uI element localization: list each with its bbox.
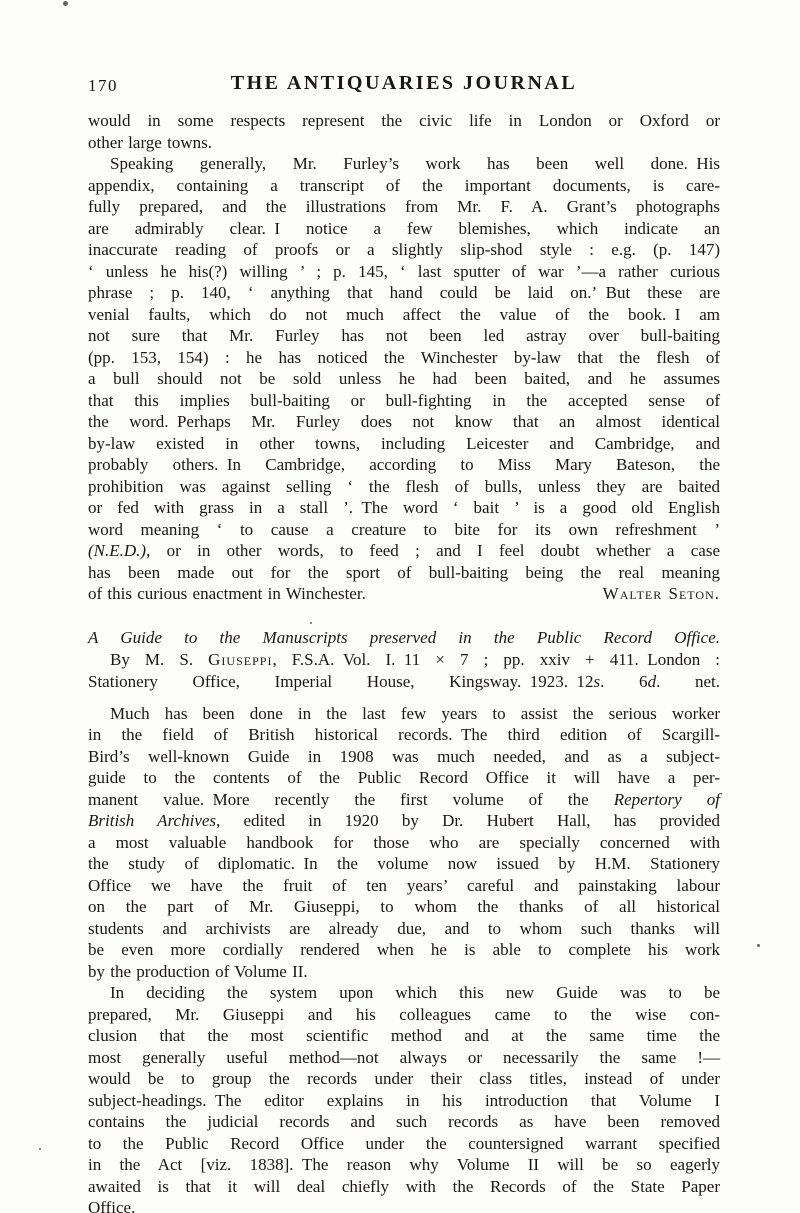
text-line: Speaking generally, Mr. Furley’s work ha… (88, 153, 720, 175)
text-line: awaited is that it will deal chiefly wit… (88, 1176, 720, 1198)
text-line: the study of diplomatic. In the volume n… (88, 853, 720, 875)
text-line: would in some respects represent the civ… (88, 110, 720, 132)
text-segment: prohibition was against selling ‘ the fl… (88, 477, 720, 496)
text-line: the word. Perhaps Mr. Furley does not kn… (88, 411, 720, 433)
text-line: of this curious enactment in Winchester.… (88, 583, 720, 605)
text-segment: Much has been done in the last few years… (110, 704, 720, 723)
page-header: 170 THE ANTIQUARIES JOURNAL (88, 72, 720, 100)
text-line: phrase ; p. 140, ‘ anything that hand co… (88, 282, 720, 304)
text-segment: venial faults, which do not much affect … (88, 305, 720, 324)
italic-text: Repertory of (614, 790, 720, 809)
text-segment: the study of diplomatic. In the volume n… (88, 854, 720, 873)
text-segment: that this implies bull-baiting or bull-f… (88, 391, 720, 410)
scan-speck (63, 1, 68, 6)
text-line: By M. S. Giuseppi, F.S.A. Vol. I. 11 × 7… (88, 649, 720, 671)
text-segment: Stationery Office, Imperial House, Kings… (88, 672, 594, 691)
text-line: not sure that Mr. Furley has not been le… (88, 325, 720, 347)
text-line: Bird’s well-known Guide in 1908 was much… (88, 746, 720, 768)
text-segment: contains the judicial records and such r… (88, 1112, 720, 1131)
text-segment: clusion that the most scientific method … (88, 1026, 720, 1045)
paragraph-continuation: would in some respects represent the civ… (88, 110, 720, 153)
scan-speck (757, 944, 760, 947)
text-segment: in the Act [viz. 1838]. The reason why V… (88, 1155, 720, 1174)
text-line: most generally useful method—not always … (88, 1047, 720, 1069)
text-segment: by-law existed in other towns, including… (88, 434, 720, 453)
text-line: probably others. In Cambridge, according… (88, 454, 720, 476)
text-segment: , F.S.A. Vol. I. 11 × 7 ; pp. xxiv + 411… (272, 650, 720, 669)
text-line: (pp. 153, 154) : he has noticed the Winc… (88, 347, 720, 369)
text-segment: would in some respects represent the civ… (88, 111, 720, 130)
text-segment: By M. S. (110, 650, 208, 669)
text-segment: a bull should not be sold unless he had … (88, 369, 720, 388)
text-segment: of this curious enactment in Winchester. (88, 584, 366, 603)
text-line: In deciding the system upon which this n… (88, 982, 720, 1004)
text-segment: to the Public Record Office under the co… (88, 1134, 720, 1153)
text-segment: students and archivists are already due,… (88, 919, 720, 938)
journal-page-scan: 170 THE ANTIQUARIES JOURNAL would in som… (0, 0, 800, 1213)
scan-speck (310, 622, 312, 624)
text-segment: Speaking generally, Mr. Furley’s work ha… (110, 154, 720, 173)
text-line: subject-headings. The editor explains in… (88, 1090, 720, 1112)
text-line: prohibition was against selling ‘ the fl… (88, 476, 720, 498)
text-line: prepared, Mr. Giuseppi and his colleague… (88, 1004, 720, 1026)
text-segment: in the field of British historical recor… (88, 725, 720, 744)
text-segment: has been made out for the sport of bull-… (88, 563, 720, 582)
text-line: Office we have the fruit of ten years’ c… (88, 875, 720, 897)
text-line: venial faults, which do not much affect … (88, 304, 720, 326)
text-segment: be even more cordially rendered when he … (88, 940, 720, 959)
small-caps-text: Walter Seton. (603, 584, 720, 603)
text-segment: In deciding the system upon which this n… (110, 983, 720, 1002)
text-line: has been made out for the sport of bull-… (88, 562, 720, 584)
text-line: are admirably clear. I notice a few blem… (88, 218, 720, 240)
text-line: A Guide to the Manuscripts preserved in … (88, 627, 720, 649)
text-segment: not sure that Mr. Furley has not been le… (88, 326, 720, 345)
text-line: students and archivists are already due,… (88, 918, 720, 940)
text-line: to the Public Record Office under the co… (88, 1133, 720, 1155)
text-line: in the Act [viz. 1838]. The reason why V… (88, 1154, 720, 1176)
text-line: (N.E.D.), or in other words, to feed ; a… (88, 540, 720, 562)
page-number: 170 (88, 76, 118, 96)
text-segment: prepared, Mr. Giuseppi and his colleague… (88, 1005, 720, 1024)
text-line: manent value. More recently the first vo… (88, 789, 720, 811)
text-segment: appendix, containing a transcript of the… (88, 176, 720, 195)
text-line: Much has been done in the last few years… (88, 703, 720, 725)
text-segment: ‘ unless he his(?) willing ’ ; p. 145, ‘… (88, 262, 720, 281)
italic-text: d (648, 672, 657, 691)
text-segment: on the part of Mr. Giuseppi, to whom the… (88, 897, 720, 916)
small-caps-text: Giuseppi (208, 650, 272, 669)
text-segment: subject-headings. The editor explains in… (88, 1091, 720, 1110)
text-line: in the field of British historical recor… (88, 724, 720, 746)
text-segment: Bird’s well-known Guide in 1908 was much… (88, 747, 720, 766)
book-review-heading: A Guide to the Manuscripts preserved in … (88, 627, 720, 693)
text-segment: the word. Perhaps Mr. Furley does not kn… (88, 412, 720, 431)
text-line: or fed with grass in a stall ’. The word… (88, 497, 720, 519)
text-segment: other large towns. (88, 133, 212, 152)
paragraph-furley-review: Speaking generally, Mr. Furley’s work ha… (88, 153, 720, 605)
text-line: be even more cordially rendered when he … (88, 939, 720, 961)
text-segment: word meaning ‘ to cause a creature to bi… (88, 520, 720, 539)
paragraph-guide-review-2: In deciding the system upon which this n… (88, 982, 720, 1213)
text-segment: awaited is that it will deal chiefly wit… (88, 1177, 720, 1196)
text-line: contains the judicial records and such r… (88, 1111, 720, 1133)
text-line: British Archives, edited in 1920 by Dr. … (88, 810, 720, 832)
scan-speck (39, 1148, 41, 1150)
text-line: other large towns. (88, 132, 720, 154)
text-segment: inaccurate reading of proofs or a slight… (88, 240, 720, 259)
text-line: clusion that the most scientific method … (88, 1025, 720, 1047)
text-line: fully prepared, and the illustrations fr… (88, 196, 720, 218)
text-line: guide to the contents of the Public Reco… (88, 767, 720, 789)
text-segment: . net. (656, 672, 720, 691)
text-line: word meaning ‘ to cause a creature to bi… (88, 519, 720, 541)
text-segment: would be to group the records under thei… (88, 1069, 720, 1088)
text-segment: phrase ; p. 140, ‘ anything that hand co… (88, 283, 720, 302)
text-segment: Office. (88, 1198, 135, 1213)
text-line: that this implies bull-baiting or bull-f… (88, 390, 720, 412)
text-segment: are admirably clear. I notice a few blem… (88, 219, 720, 238)
text-line: would be to group the records under thei… (88, 1068, 720, 1090)
text-segment: or fed with grass in a stall ’. The word… (88, 498, 720, 517)
text-line: by-law existed in other towns, including… (88, 433, 720, 455)
text-segment: manent value. More recently the first vo… (88, 790, 614, 809)
italic-text: A Guide to the Manuscripts preserved in … (88, 628, 720, 647)
text-line: a most valuable handbook for those who a… (88, 832, 720, 854)
text-line: Office. (88, 1197, 720, 1213)
text-segment: by the production of Volume II. (88, 962, 308, 981)
italic-text: (N.E.D.) (88, 541, 146, 560)
text-line: Stationery Office, Imperial House, Kings… (88, 671, 720, 693)
text-line: inaccurate reading of proofs or a slight… (88, 239, 720, 261)
text-segment: guide to the contents of the Public Reco… (88, 768, 720, 787)
text-line: by the production of Volume II. (88, 961, 720, 983)
text-segment: most generally useful method—not always … (88, 1048, 720, 1067)
page-body: would in some respects represent the civ… (88, 110, 720, 1213)
text-segment: fully prepared, and the illustrations fr… (88, 197, 720, 216)
text-line: on the part of Mr. Giuseppi, to whom the… (88, 896, 720, 918)
italic-text: British Archives (88, 811, 216, 830)
text-segment: , edited in 1920 by Dr. Hubert Hall, has… (216, 811, 720, 830)
text-segment: , or in other words, to feed ; and I fee… (146, 541, 720, 560)
text-segment: . 6 (600, 672, 647, 691)
text-line: appendix, containing a transcript of the… (88, 175, 720, 197)
text-line: ‘ unless he his(?) willing ’ ; p. 145, ‘… (88, 261, 720, 283)
text-segment: a most valuable handbook for those who a… (88, 833, 720, 852)
text-segment: Office we have the fruit of ten years’ c… (88, 876, 720, 895)
text-line: a bull should not be sold unless he had … (88, 368, 720, 390)
text-segment: probably others. In Cambridge, according… (88, 455, 720, 474)
paragraph-guide-review-1: Much has been done in the last few years… (88, 703, 720, 983)
journal-title: THE ANTIQUARIES JOURNAL (88, 72, 720, 95)
text-segment: (pp. 153, 154) : he has noticed the Winc… (88, 348, 720, 367)
